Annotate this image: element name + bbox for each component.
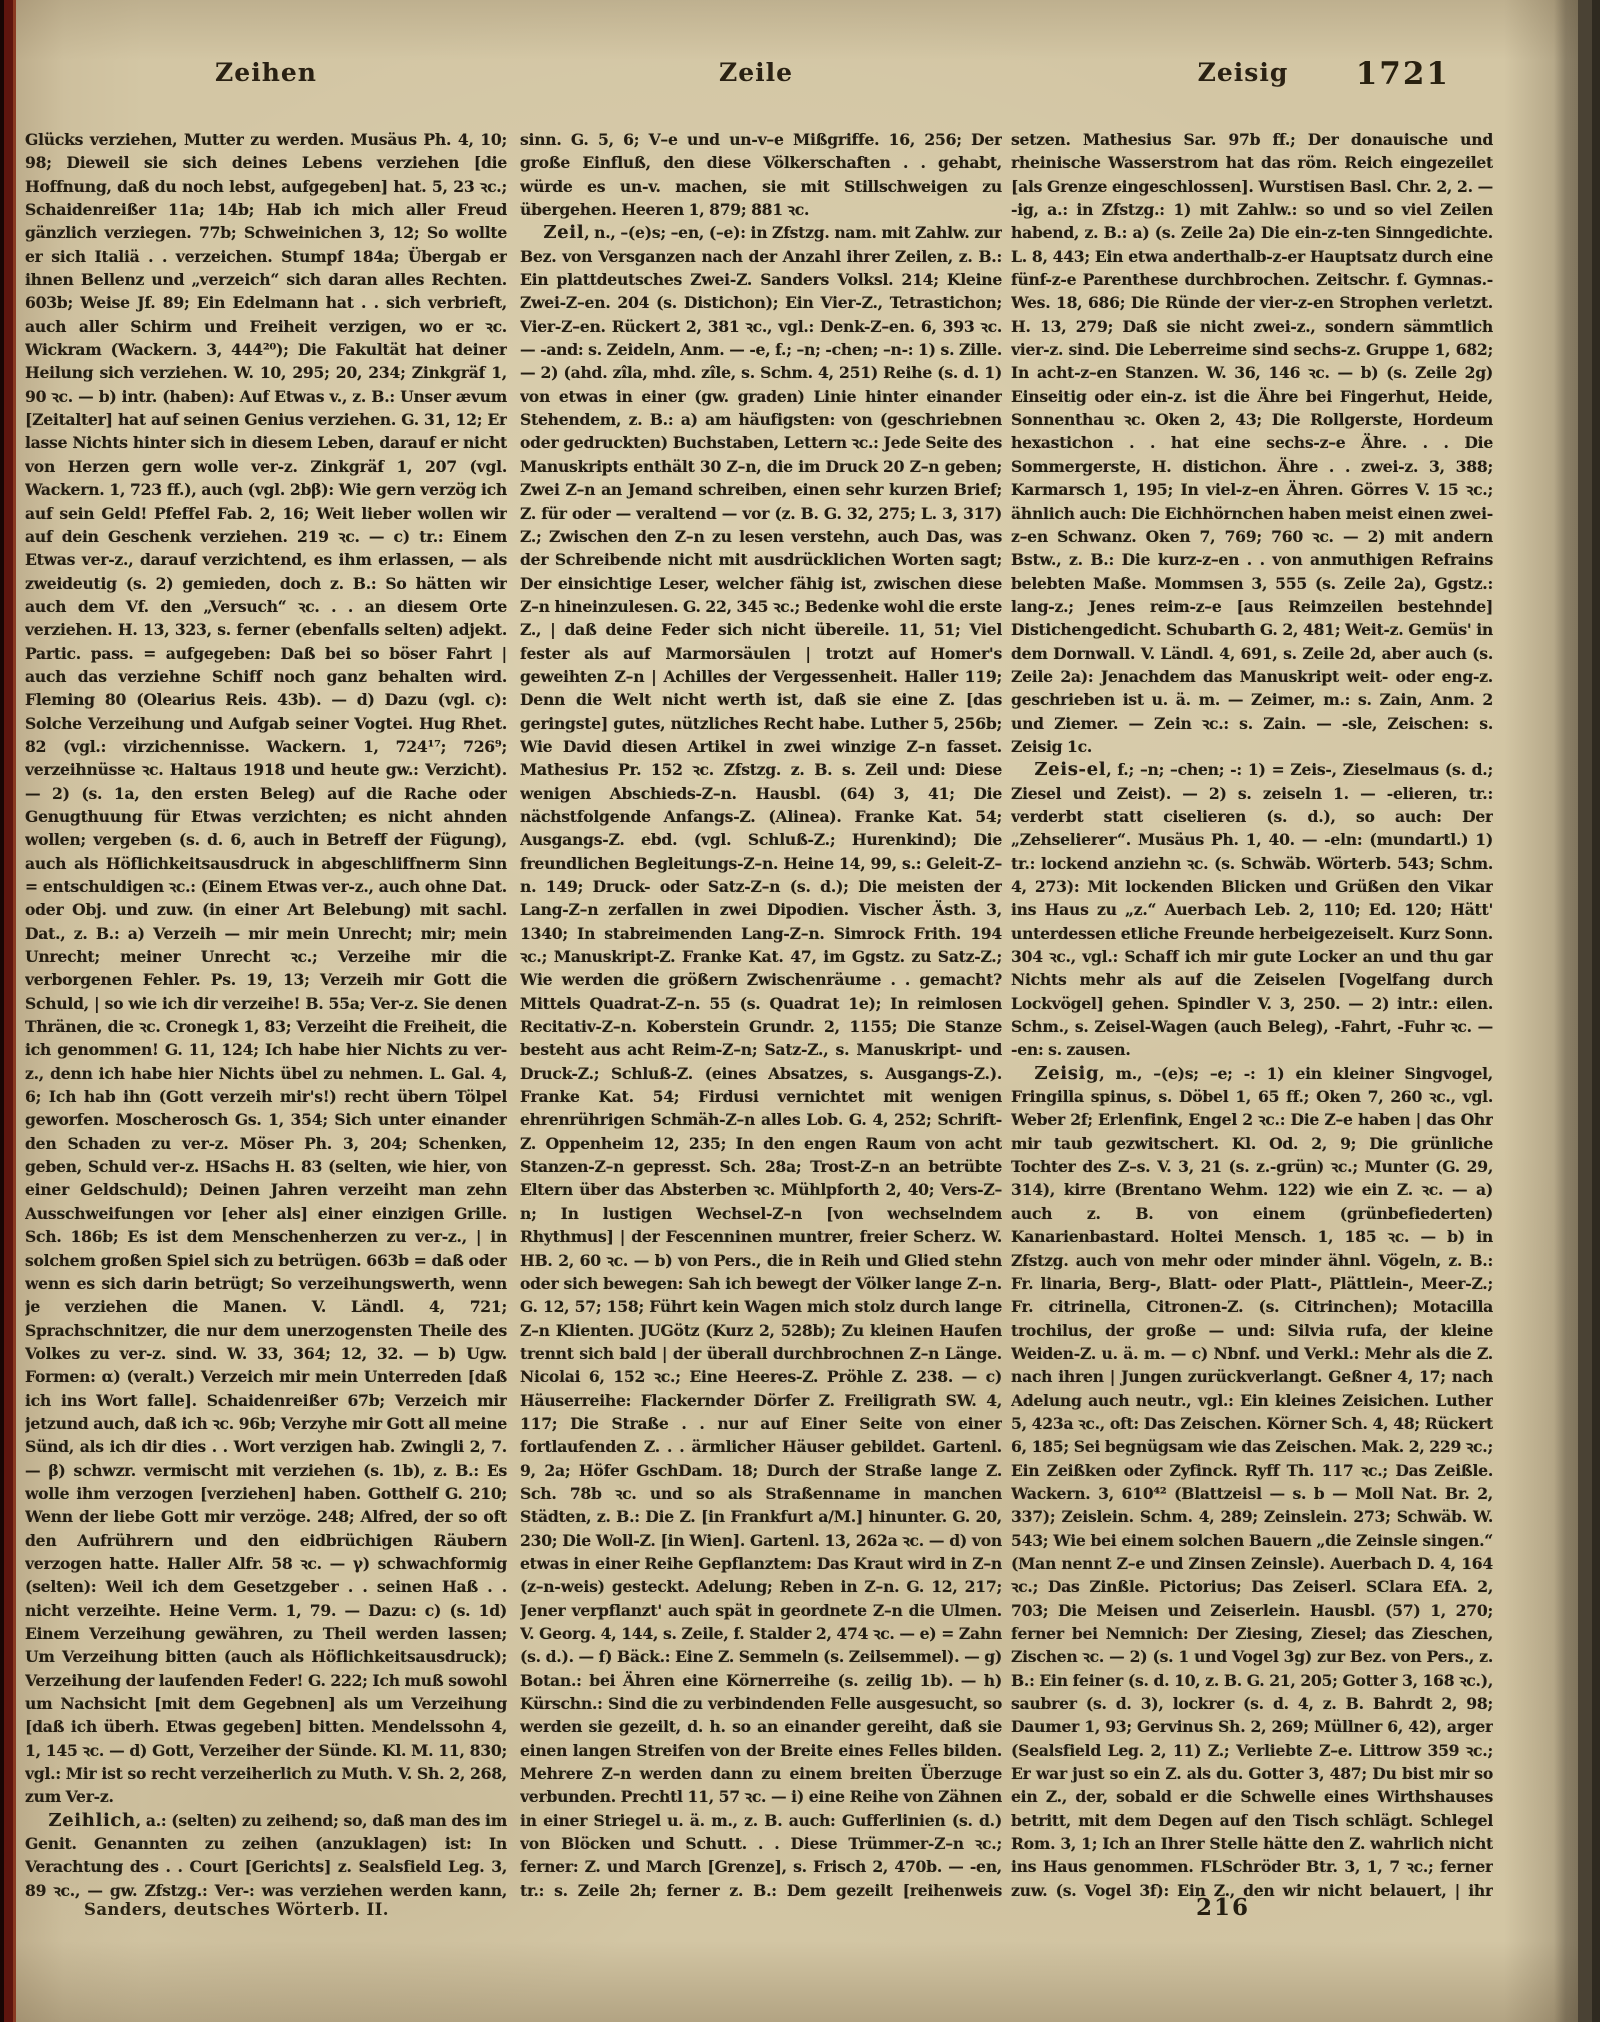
book-fore-edge-left — [0, 0, 18, 2022]
running-head-left: Zeihen — [215, 58, 317, 87]
dictionary-paragraph: Zeis-el, f.; –n; –chen; -: 1) = Zeis-, Z… — [1011, 758, 1493, 1061]
entry-headword: Zeis-el — [1034, 759, 1106, 780]
entry-headword: Zeisig — [1034, 1063, 1099, 1084]
scanned-dictionary-page: { "page": { "header": { "left_word": "Ze… — [0, 0, 1600, 2022]
volume-signature: Sanders, deutsches Wörterb. II. — [84, 1900, 389, 1919]
page-number: 1721 — [1356, 56, 1450, 92]
dictionary-paragraph: setzen. Mathesius Sar. 97b ff.; Der dona… — [1011, 128, 1493, 758]
text-column-2: sinn. G. 5, 6; V–e und un-v–e Mißgriffe.… — [520, 128, 1002, 1900]
dictionary-paragraph: Zeihlich, a.: (selten) zu zeihend; so, d… — [25, 1809, 507, 1900]
entry-headword: Zeil — [543, 222, 584, 243]
running-head-right: Zeisig — [1198, 58, 1289, 87]
text-column-1: Glücks verziehen, Mutter zu werden. Musä… — [25, 128, 507, 1900]
running-head-center: Zeile — [719, 58, 793, 87]
dictionary-paragraph: sinn. G. 5, 6; V–e und un-v–e Mißgriffe.… — [520, 128, 1002, 221]
dictionary-paragraph: Glücks verziehen, Mutter zu werden. Musä… — [25, 128, 507, 1809]
sheet-number: 216 — [1196, 1894, 1250, 1921]
entry-headword: Zeihlich — [48, 1810, 135, 1831]
dictionary-paragraph: Zeil, n., –(e)s; –en, (–e): in Zfstzg. n… — [520, 221, 1002, 1900]
text-column-3: setzen. Mathesius Sar. 97b ff.; Der dona… — [1011, 128, 1493, 1900]
dictionary-paragraph: Zeisig, m., –(e)s; –e; -: 1) ein kleiner… — [1011, 1062, 1493, 1900]
scan-edge-right — [1554, 0, 1600, 2022]
